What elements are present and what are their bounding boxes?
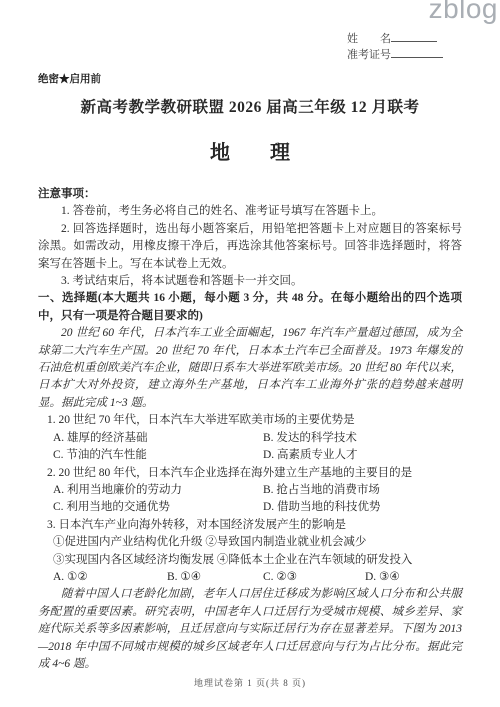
question-3: 3. 日本汽车产业向海外转移，对本国经济发展产生的影响是 ①促进国内产业结构优化… (38, 517, 462, 587)
candidate-info-fields: 姓 名 准考证号 (347, 31, 443, 63)
page-footer: 地理试卷第 1 页(共 8 页) (38, 676, 462, 689)
notice-heading: 注意事项： (38, 186, 462, 203)
question-3-option-a: A. ①② (53, 569, 167, 586)
question-2-options: A. 利用当地廉价的劳动力 B. 抢占当地的消费市场 C. 利用当地的交通优势 … (38, 482, 462, 517)
ticket-number-field: 准考证号 (347, 47, 443, 63)
question-2-option-b: B. 抢占当地的消费市场 (263, 482, 462, 499)
question-2-stem: 2. 20 世纪 80 年代，日本汽车企业选择在海外建立生产基地的主要目的是 (38, 465, 462, 482)
question-2-option-d: D. 借助当地的科技优势 (263, 499, 462, 516)
subject-title: 地 理 (38, 136, 462, 165)
name-blank-line (391, 31, 437, 42)
question-3-stem: 3. 日本汽车产业向海外转移，对本国经济发展产生的影响是 (38, 517, 462, 534)
notice-item-1: 1. 答卷前，考生务必将自己的姓名、准考证号填写在答题卡上。 (38, 203, 462, 220)
passage-2: 随着中国人口老龄化加剧，老年人口居住迁移成为影响区域人口分布和公共服务配置的重要… (38, 586, 462, 673)
ticket-number-label: 准考证号 (347, 49, 391, 61)
question-2-option-c: C. 利用当地的交通优势 (53, 499, 263, 516)
question-3-statement-line-2: ③实现国内各区域经济均衡发展 ④降低本土企业在汽车领域的研发投入 (53, 552, 462, 569)
question-1: 1. 20 世纪 70 年代，日本汽车大举进军欧美市场的主要优势是 A. 雄厚的… (38, 412, 462, 464)
question-3-statement-line-1: ①促进国内产业结构优化升级 ②导致国内制造业就业机会减少 (53, 534, 462, 551)
question-3-option-c: C. ②③ (263, 569, 365, 586)
question-1-stem: 1. 20 世纪 70 年代，日本汽车大举进军欧美市场的主要优势是 (38, 412, 462, 429)
name-field: 姓 名 (347, 31, 443, 47)
question-2-option-a: A. 利用当地廉价的劳动力 (53, 482, 263, 499)
question-2: 2. 20 世纪 80 年代，日本汽车企业选择在海外建立生产基地的主要目的是 A… (38, 465, 462, 517)
question-1-option-c: C. 节油的汽车性能 (53, 447, 263, 464)
watermark-text: zblog (429, 0, 498, 25)
question-3-option-d: D. ③④ (365, 569, 462, 586)
question-1-option-d: D. 高素质专业人才 (263, 447, 462, 464)
question-1-option-b: B. 发达的科学技术 (263, 430, 462, 447)
passage-1: 20 世纪 60 年代，日本汽车工业全面崛起，1967 年汽车产量超过德国，成为… (38, 325, 462, 412)
question-3-statements: ①促进国内产业结构优化升级 ②导致国内制造业就业机会减少 ③实现国内各区域经济均… (38, 534, 462, 569)
ticket-number-blank-line (391, 47, 443, 58)
exam-paper-page: zblog 姓 名 准考证号 绝密★启用前 新高考教学教研联盟 2026 届高三… (0, 0, 500, 707)
notice-item-3: 3. 考试结束后，将本试题卷和答题卡一并交回。 (38, 273, 462, 290)
section-one-heading: 一、选择题(本大题共 16 小题，每小题 3 分，共 48 分。在每小题给出的四… (38, 290, 462, 325)
name-label: 姓 名 (347, 33, 391, 45)
question-1-options: A. 雄厚的经济基础 B. 发达的科学技术 C. 节油的汽车性能 D. 高素质专… (38, 430, 462, 465)
question-1-option-a: A. 雄厚的经济基础 (53, 430, 263, 447)
exam-title: 新高考教学教研联盟 2026 届高三年级 12 月联考 (38, 95, 462, 117)
question-3-option-b: B. ①④ (167, 569, 263, 586)
notice-item-2: 2. 回答选择题时，选出每小题答案后，用铅笔把答题卡上对应题目的答案标号涂黑。如… (38, 221, 462, 273)
question-3-options: A. ①② B. ①④ C. ②③ D. ③④ (38, 569, 462, 586)
notice-section: 注意事项： 1. 答卷前，考生务必将自己的姓名、准考证号填写在答题卡上。 2. … (38, 186, 462, 290)
